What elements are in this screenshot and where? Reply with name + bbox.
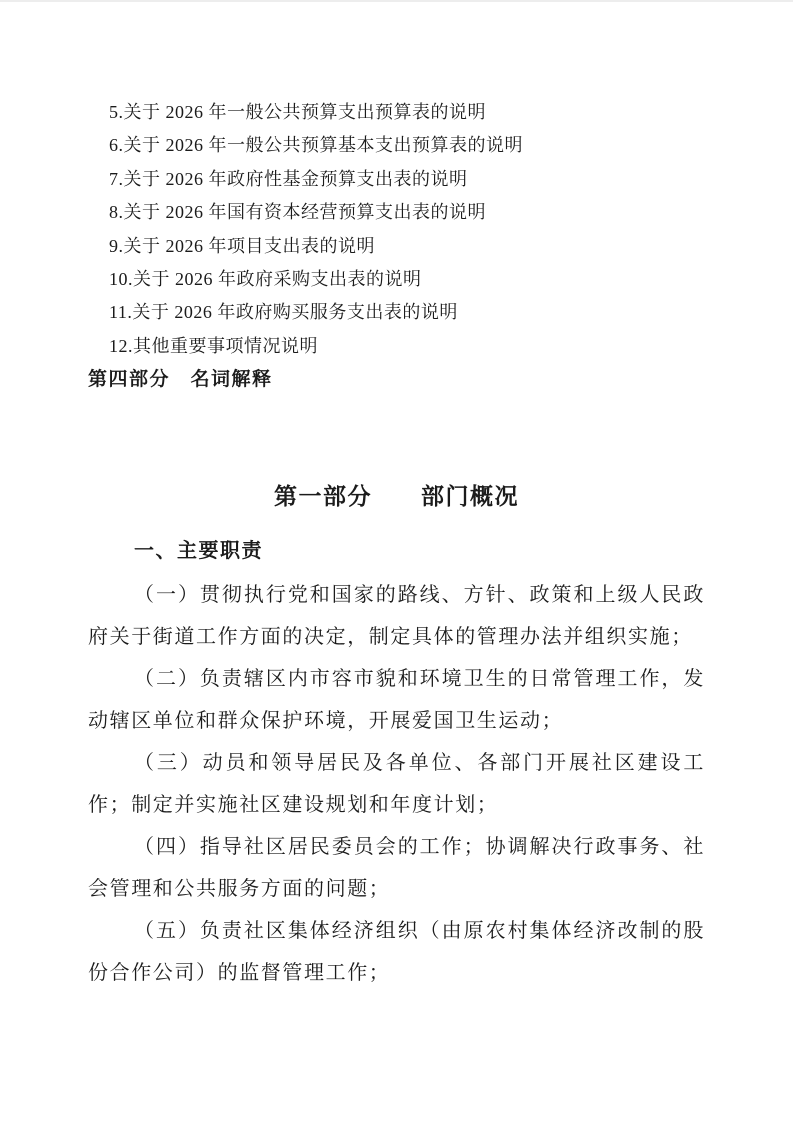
duty-paragraph: （二）负责辖区内市容市貌和环境卫生的日常管理工作，发动辖区单位和群众保护环境，开…: [88, 658, 705, 742]
toc-item: 11.关于 2026 年政府购买服务支出表的说明: [88, 296, 705, 329]
duty-paragraph: （四）指导社区居民委员会的工作；协调解决行政事务、社会管理和公共服务方面的问题；: [88, 826, 705, 910]
page-content: 5.关于 2026 年一般公共预算支出预算表的说明 6.关于 2026 年一般公…: [0, 0, 793, 994]
duties-list: （一）贯彻执行党和国家的路线、方针、政策和上级人民政府关于街道工作方面的决定，制…: [88, 574, 705, 994]
toc-item: 9.关于 2026 年项目支出表的说明: [88, 230, 705, 263]
toc-item: 6.关于 2026 年一般公共预算基本支出预算表的说明: [88, 129, 705, 162]
section-title: 第一部分 部门概况: [88, 481, 705, 511]
duty-paragraph: （五）负责社区集体经济组织（由原农村集体经济改制的股份合作公司）的监督管理工作；: [88, 910, 705, 994]
duty-paragraph: （三）动员和领导居民及各单位、各部门开展社区建设工作；制定并实施社区建设规划和年…: [88, 742, 705, 826]
toc-item: 7.关于 2026 年政府性基金预算支出表的说明: [88, 163, 705, 196]
page-top-edge: [0, 0, 793, 2]
toc-part4-heading: 第四部分 名词解释: [88, 363, 705, 396]
toc-item: 12.其他重要事项情况说明: [88, 330, 705, 363]
table-of-contents: 5.关于 2026 年一般公共预算支出预算表的说明 6.关于 2026 年一般公…: [88, 96, 705, 363]
toc-item: 8.关于 2026 年国有资本经营预算支出表的说明: [88, 196, 705, 229]
toc-item: 10.关于 2026 年政府采购支出表的说明: [88, 263, 705, 296]
duty-paragraph: （一）贯彻执行党和国家的路线、方针、政策和上级人民政府关于街道工作方面的决定，制…: [88, 574, 705, 658]
document-page: 5.关于 2026 年一般公共预算支出预算表的说明 6.关于 2026 年一般公…: [0, 0, 793, 1122]
toc-item: 5.关于 2026 年一般公共预算支出预算表的说明: [88, 96, 705, 129]
subsection-heading: 一、主要职责: [134, 537, 705, 565]
